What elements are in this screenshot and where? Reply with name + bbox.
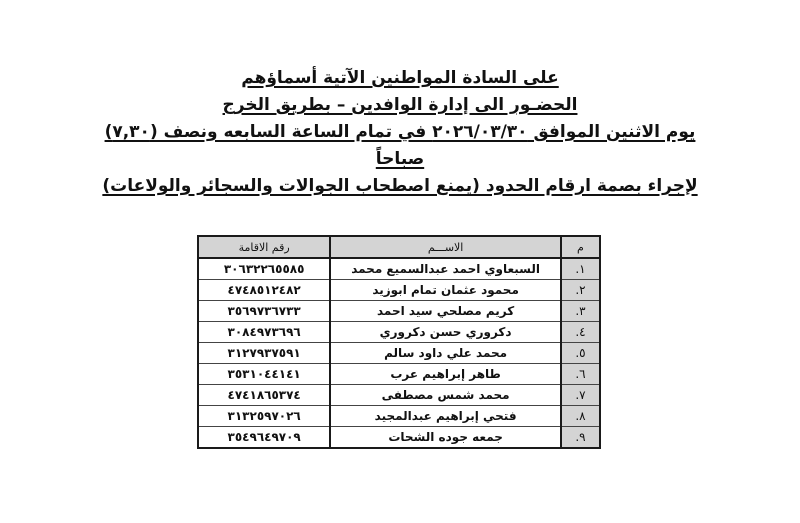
row-number: ٨. — [561, 406, 600, 427]
heading-text-location: الحضـور الى إدارة الوافدين – بطريق الخرج — [223, 95, 578, 115]
row-number: ٧. — [561, 385, 600, 406]
table-row: ٢. محمود عثمان تمام ابوزيد ٤٧٤٨٥١٢٤٨٢ — [198, 280, 600, 301]
row-name: محمد علي داود سالم — [330, 343, 561, 364]
row-residence-id: ٣٥٣١٠٤٤١٤١ — [198, 364, 330, 385]
row-number: ٤. — [561, 322, 600, 343]
residents-table: م الاســـم رقم الاقامة ١. السبعاوي احمد … — [197, 235, 601, 449]
row-name: جمعه جوده الشحات — [330, 427, 561, 449]
heading-text-purpose: لإجراء بصمة ارقام الحدود (يمنع اصطحاب ال… — [102, 176, 697, 196]
table-row: ٥. محمد علي داود سالم ٣١٢٧٩٣٧٥٩١ — [198, 343, 600, 364]
row-residence-id: ٣١٣٢٥٩٧٠٢٦ — [198, 406, 330, 427]
row-residence-id: ٣٠٨٤٩٧٣٦٩٦ — [198, 322, 330, 343]
heading-line-1: على السادة المواطنين الآتية أسماؤهم — [0, 68, 800, 88]
row-number: ٩. — [561, 427, 600, 449]
row-name: كريم مصلحي سيد احمد — [330, 301, 561, 322]
row-name: دكروري حسن دكروري — [330, 322, 561, 343]
heading-line-3: يوم الاثنين الموافق ٢٠٢٦/٠٣/٣٠ في تمام ا… — [0, 122, 800, 142]
table-row: ٦. طاهر إبراهيم عرب ٣٥٣١٠٤٤١٤١ — [198, 364, 600, 385]
row-residence-id: ٤٧٤١٨٦٥٣٧٤ — [198, 385, 330, 406]
row-number: ٢. — [561, 280, 600, 301]
row-residence-id: ٤٧٤٨٥١٢٤٨٢ — [198, 280, 330, 301]
heading-line-5: لإجراء بصمة ارقام الحدود (يمنع اصطحاب ال… — [0, 176, 800, 196]
row-number: ٥. — [561, 343, 600, 364]
row-number: ٦. — [561, 364, 600, 385]
row-name: محمود عثمان تمام ابوزيد — [330, 280, 561, 301]
heading-text-addressees: على السادة المواطنين الآتية أسماؤهم — [241, 68, 559, 88]
row-residence-id: ٣١٢٧٩٣٧٥٩١ — [198, 343, 330, 364]
table-row: ٣. كريم مصلحي سيد احمد ٣٥٦٩٧٣٦٧٣٣ — [198, 301, 600, 322]
column-header-residence-id: رقم الاقامة — [198, 236, 330, 258]
row-residence-id: ٣٥٦٩٧٣٦٧٣٣ — [198, 301, 330, 322]
table-header-row: م الاســـم رقم الاقامة — [198, 236, 600, 258]
row-name: محمد شمس مصطفى — [330, 385, 561, 406]
row-number: ٣. — [561, 301, 600, 322]
table-row: ٩. جمعه جوده الشحات ٣٥٤٩٦٤٩٧٠٩ — [198, 427, 600, 449]
column-header-name: الاســـم — [330, 236, 561, 258]
table-row: ٧. محمد شمس مصطفى ٤٧٤١٨٦٥٣٧٤ — [198, 385, 600, 406]
row-name: السبعاوي احمد عبدالسميع محمد — [330, 258, 561, 280]
table-row: ٨. فتحي إبراهيم عبدالمجيد ٣١٣٢٥٩٧٠٢٦ — [198, 406, 600, 427]
heading-line-2: الحضـور الى إدارة الوافدين – بطريق الخرج — [0, 95, 800, 115]
heading-text-morning: صباحاً — [376, 149, 424, 169]
row-number: ١. — [561, 258, 600, 280]
table-row: ١. السبعاوي احمد عبدالسميع محمد ٣٠٦٣٢٢٦٥… — [198, 258, 600, 280]
column-header-number: م — [561, 236, 600, 258]
row-residence-id: ٣٥٤٩٦٤٩٧٠٩ — [198, 427, 330, 449]
row-name: فتحي إبراهيم عبدالمجيد — [330, 406, 561, 427]
table-row: ٤. دكروري حسن دكروري ٣٠٨٤٩٧٣٦٩٦ — [198, 322, 600, 343]
row-name: طاهر إبراهيم عرب — [330, 364, 561, 385]
heading-line-4: صباحاً — [0, 149, 800, 169]
heading-text-date-time: يوم الاثنين الموافق ٢٠٢٦/٠٣/٣٠ في تمام ا… — [105, 122, 696, 142]
row-residence-id: ٣٠٦٣٢٢٦٥٥٨٥ — [198, 258, 330, 280]
